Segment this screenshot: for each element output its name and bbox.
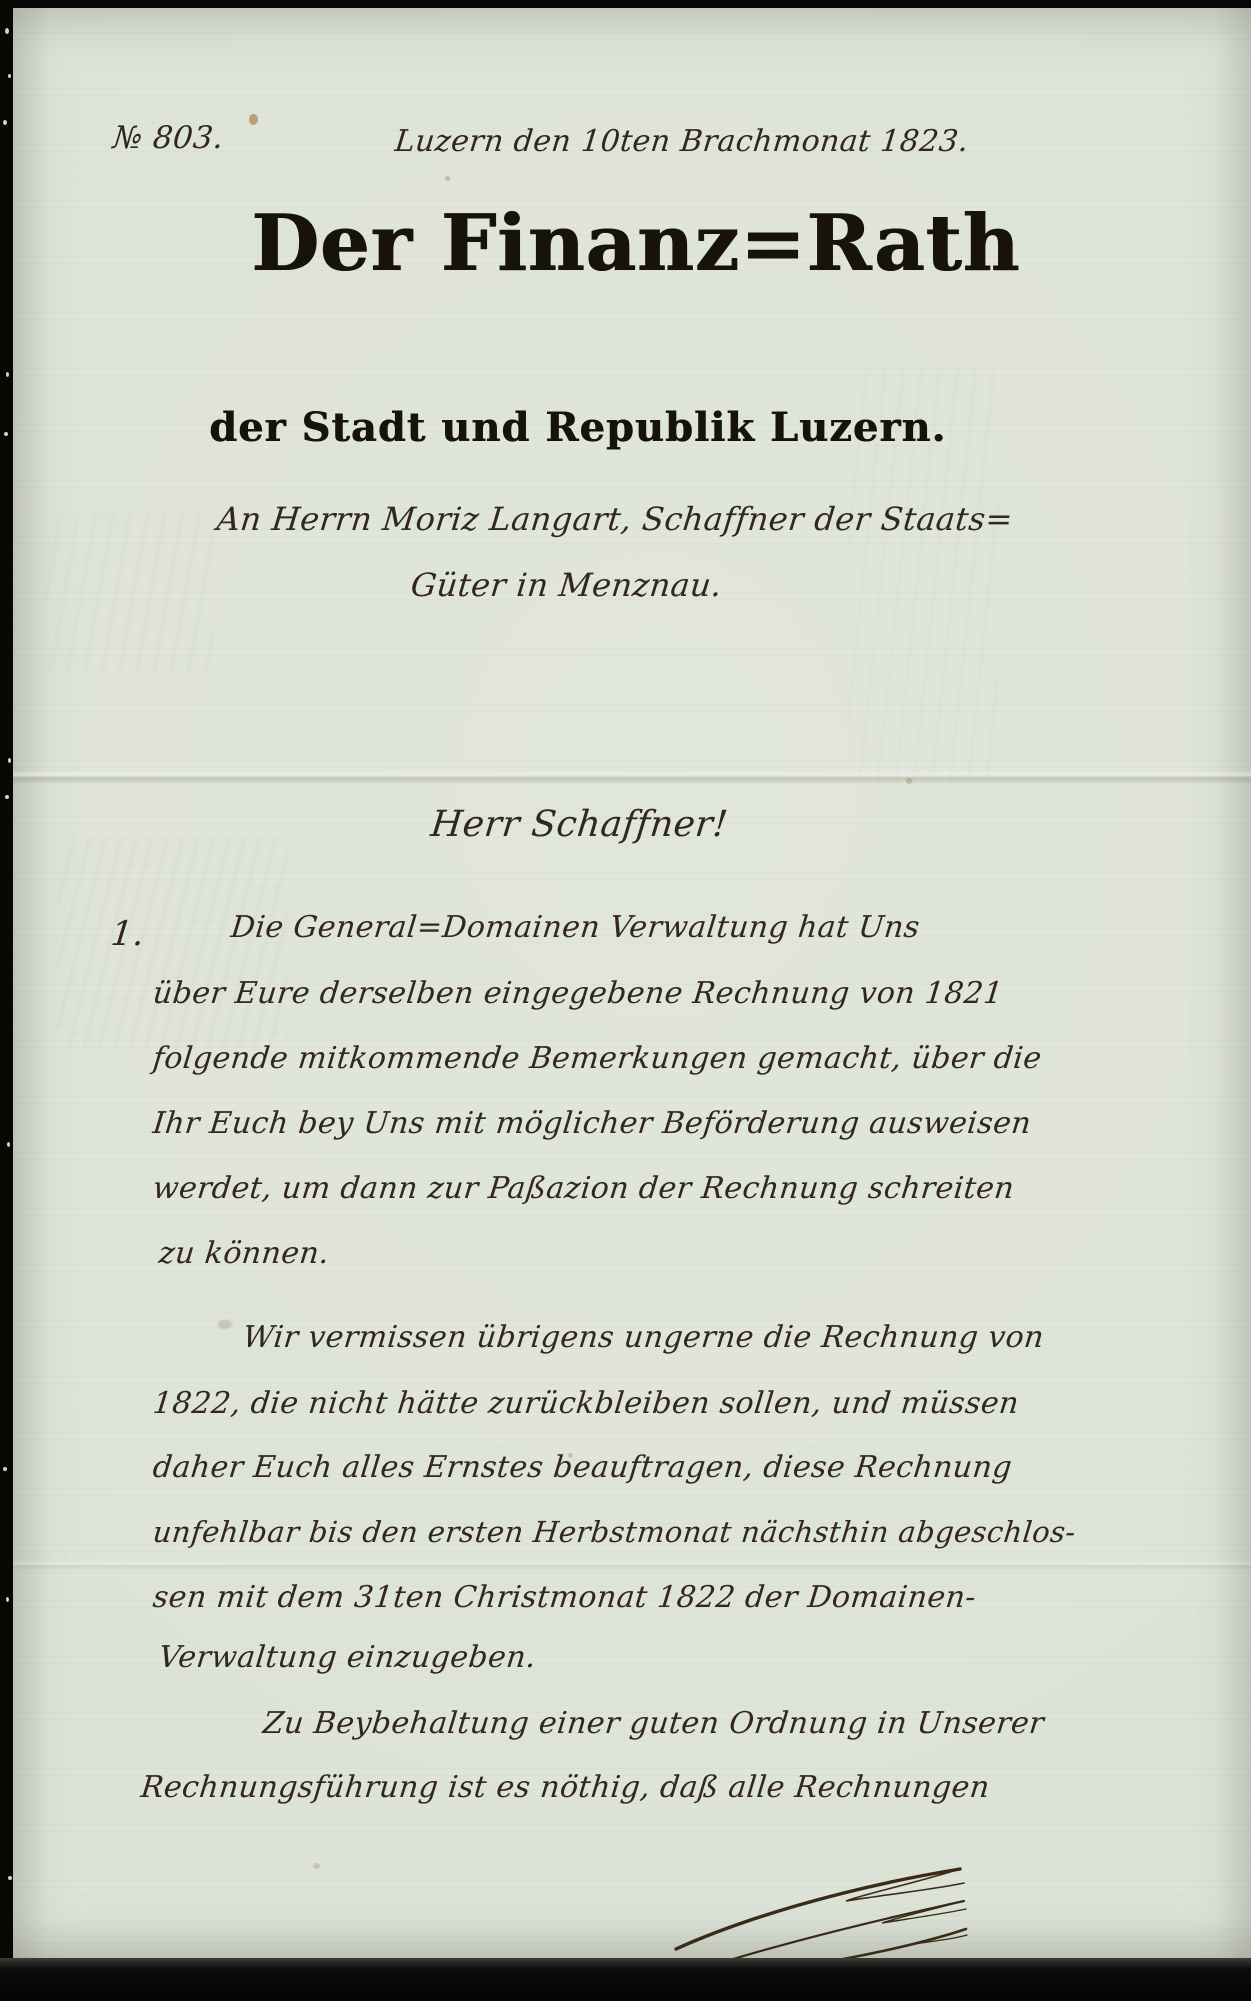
scan-dust-speck [5,795,9,799]
scan-dust-speck [3,120,7,125]
address-line-1: An Herrn Moriz Langart, Schaffner der St… [215,500,1015,538]
manuscript-line: Verwaltung einzugeben. [157,1640,538,1675]
document-number: № 803. [111,120,225,156]
scan-dust-speck [8,758,11,763]
scan-dust-speck [8,1876,12,1880]
scan-border-top [0,0,1251,8]
foxing-spot [445,176,450,181]
manuscript-line: über Eure derselben eingegebene Rechnung… [151,976,1005,1011]
signature-flourish [668,1863,968,1973]
foxing-spot [249,114,258,125]
scan-dust-speck [5,28,9,34]
manuscript-line: Rechnungsführung ist es nöthig, daß alle… [139,1770,991,1805]
paper-sheet: № 803. Luzern den 10ten Brachmonat 1823.… [13,8,1251,1958]
paragraph-number: 1. [109,914,146,954]
letterhead-subtitle: der Stadt und Republik Luzern. [209,404,946,451]
scan-dust-speck [3,1467,7,1471]
manuscript-line: Die General=Domainen Verwaltung hat Uns [229,910,921,945]
manuscript-line: folgende mitkommende Bemerkungen gemacht… [151,1041,1043,1076]
scan-dust-speck [8,74,11,78]
scan-dust-speck [6,1597,9,1602]
letterhead-title: Der Finanz=Rath [251,198,1020,289]
manuscript-line: sen mit dem 31ten Christmonat 1822 der D… [151,1580,978,1615]
fold-crease [13,770,1251,784]
foxing-spot [218,1320,232,1329]
manuscript-line: unfehlbar bis den ersten Herbstmonat näc… [151,1515,1077,1549]
scan-dust-speck [4,432,8,436]
scan-border-bottom [0,1958,1251,2001]
scan-dust-speck [6,372,9,377]
manuscript-line: werdet, um dann zur Paßazion der Rechnun… [151,1171,1016,1206]
fold-crease-faint [13,1560,1251,1570]
scan-border-left [0,0,13,2001]
manuscript-line: Zu Beybehaltung einer guten Ordnung in U… [261,1706,1046,1741]
foxing-spot [906,778,912,784]
salutation: Herr Schaffner! [429,804,730,845]
manuscript-line: Ihr Euch bey Uns mit möglicher Beförderu… [151,1106,1033,1141]
address-line-2: Güter in Menznau. [409,566,724,604]
scan-dust-speck [7,1142,10,1147]
foxing-spot [313,1863,320,1869]
show-through-ghost [43,513,213,673]
manuscript-line: 1822, die nicht hätte zurückbleiben soll… [151,1386,1021,1421]
scanned-manuscript-page: № 803. Luzern den 10ten Brachmonat 1823.… [0,0,1251,2001]
manuscript-line: daher Euch alles Ernstes beauftragen, di… [151,1450,1014,1485]
manuscript-line: zu können. [157,1236,331,1271]
dateline: Luzern den 10ten Brachmonat 1823. [393,124,970,159]
manuscript-line: Wir vermissen übrigens ungerne die Rechn… [241,1320,1046,1355]
